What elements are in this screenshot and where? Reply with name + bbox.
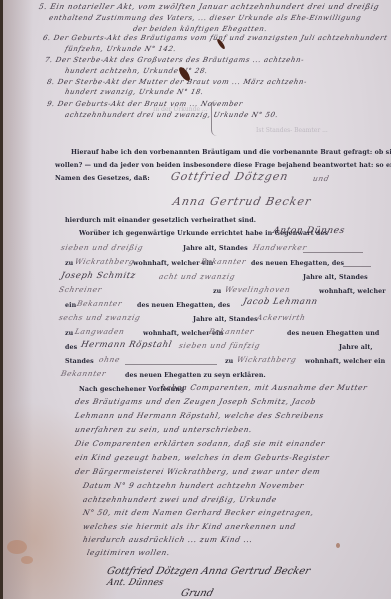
page-edge-shadow (3, 0, 33, 599)
printed-line: hierdurch mit einander gesetzlich verhei… (65, 217, 256, 224)
note-text: fünfzehn, Urkunde N° 142. (64, 45, 177, 53)
witness3-occupation: Ackerwirth (256, 313, 306, 322)
stain (21, 556, 33, 564)
printed-line: wollen? — und da jeder von beiden insbes… (55, 162, 391, 169)
closing-line: N° 50, mit dem Namen Gerhard Becker eing… (82, 508, 315, 517)
note-number: 7. (44, 56, 54, 64)
note-number: 8. (46, 78, 56, 86)
closing-line: der Bürgermeisterei Wickrathberg, und zw… (74, 467, 321, 476)
fill-line (125, 364, 217, 365)
witness4-age: sieben und fünfzig (178, 341, 261, 350)
witness3-age: sechs und zwanzig (58, 313, 141, 322)
witness3-residence: Langwaden (74, 327, 125, 336)
printed-line: Jahre alt, (339, 344, 373, 351)
printed-line: zu (213, 288, 221, 295)
witness2-residence: Wevelinghoven (224, 285, 291, 294)
printed-line: des neuen Ehegatten zu seyn erklären. (125, 372, 266, 379)
conjunction: und (312, 174, 330, 183)
witness1-occupation: Handwerker (252, 243, 308, 252)
note-text: Der Sterbe-Akt des Großvaters des Bräuti… (55, 56, 305, 64)
note-line: 6. Der Geburts-Akt des Bräutigams vom fü… (42, 34, 388, 42)
printed-line: Namen des Gesetzes, daß: (55, 175, 150, 182)
witness1-name: Anton Dünnes (272, 226, 346, 236)
printed-line: wohnhaft, welcher ein (305, 358, 385, 365)
closing-line: welches sie hiermit als ihr Kind anerken… (82, 522, 297, 531)
witness1-age: sieben und dreißig (60, 243, 144, 252)
printed-line: des neuen Ehegatten, des (137, 302, 230, 309)
fill-line (343, 266, 371, 267)
printed-line: zu (65, 260, 73, 267)
printed-line: zu (65, 330, 73, 337)
closing-line: legitimiren wollen. (86, 548, 171, 557)
closing-line: hierdurch ausdrücklich ... zum Kind ... (82, 535, 254, 544)
note-text: der beiden künftigen Ehegatten. (132, 25, 268, 33)
fill-line (303, 252, 363, 253)
witness3-name: Jacob Lehmann (242, 297, 319, 307)
printed-line: Standes (65, 358, 94, 365)
signature-witness: Ant. Dünnes (106, 578, 165, 588)
note-text: Ein notarieller Akt, vom zwölften Januar… (49, 2, 380, 11)
note-line: 7. Der Sterbe-Akt des Großvaters des Brä… (44, 56, 305, 64)
witness4-relation: Bekannter (60, 369, 107, 378)
closing-line: Lehmann und Hermann Röpstahl, welche des… (74, 411, 325, 420)
note-number: 6. (42, 34, 52, 42)
printed-line: Jahre alt, Standes (193, 316, 258, 323)
witness2-relation: Bekannter (76, 299, 123, 308)
witness1-residence: Wickrathberg (74, 257, 135, 266)
printed-line: Jahre alt, Standes (303, 274, 368, 281)
bracket-mark (211, 100, 218, 136)
note-line: fünfzehn, Urkunde N° 142. (64, 45, 177, 53)
printed-line: wohnhaft, welcher (319, 288, 386, 295)
closing-line: achtzehnhundert zwei und dreißig, Urkund… (82, 495, 278, 504)
bride-name: Anna Gertrud Becker (172, 195, 313, 208)
document-page: 5. Ein notarieller Akt, vom zwölften Jan… (3, 0, 391, 599)
closing-line: haben Comparenten, mit Ausnahme der Mutt… (160, 383, 368, 392)
closing-line: Datum N° 9 achtzehn hundert achtzehn Nov… (82, 481, 305, 490)
witness2-occupation: Schreiner (58, 285, 103, 294)
witness4-occupation: ohne (98, 355, 121, 364)
closing-line: unerfahren zu sein, und unterschrieben. (74, 425, 253, 434)
note-line: hundert zwanzig, Urkunde N° 18. (64, 88, 204, 96)
printed-line: des neuen Ehegatten, des (251, 260, 344, 267)
note-line: 8. Der Sterbe-Akt der Mutter der Braut v… (46, 78, 308, 86)
note-text: hundert zwanzig, Urkunde N° 18. (64, 88, 204, 96)
printed-line: Jahre alt, Standes (183, 245, 248, 252)
witness4-residence: Wickrathberg (236, 355, 297, 364)
note-text: enthaltend Zustimmung des Vaters, ... di… (48, 14, 362, 22)
printed-line: des neuen Ehegatten und (287, 330, 379, 337)
stain (7, 540, 27, 554)
printed-line: ein (65, 302, 76, 309)
witness4-name: Hermann Röpstahl (80, 340, 173, 350)
note-line: enthaltend Zustimmung des Vaters, ... di… (48, 14, 362, 22)
bleed-through-text: Ist Standes- Beamter ... (256, 127, 328, 134)
closing-line: des Bräutigams und den Zeugen Joseph Sch… (74, 397, 317, 406)
witness1-relation: Bekannter (200, 257, 247, 266)
witness2-age: acht und zwanzig (158, 272, 236, 281)
closing-line: Die Comparenten erklärten sodann, daß si… (74, 439, 326, 448)
printed-line: des (65, 344, 77, 351)
bleed-through-text: In der Urkunde ... (153, 106, 208, 113)
printed-line: Hierauf habe ich den vorbenannten Bräuti… (71, 149, 391, 156)
note-number: 9. (46, 100, 56, 108)
signature-couple: Gottfried Dötzgen Anna Gertrud Becker (106, 566, 312, 577)
groom-name: Gottfried Dötzgen (170, 170, 290, 183)
stain (336, 543, 340, 548)
witness2-name: Joseph Schmitz (60, 271, 137, 281)
note-text: Der Sterbe-Akt der Mutter der Braut vom … (57, 78, 308, 86)
note-line: der beiden künftigen Ehegatten. (132, 25, 268, 33)
signature-official: Grund (180, 588, 215, 599)
printed-line: zu (225, 358, 233, 365)
witness3-relation: Bekannter (208, 327, 255, 336)
note-number: 5. (38, 2, 48, 11)
note-line: 5. Ein notarieller Akt, vom zwölften Jan… (38, 2, 380, 11)
closing-line: ein Kind gezeugt haben, welches in dem G… (74, 453, 330, 462)
